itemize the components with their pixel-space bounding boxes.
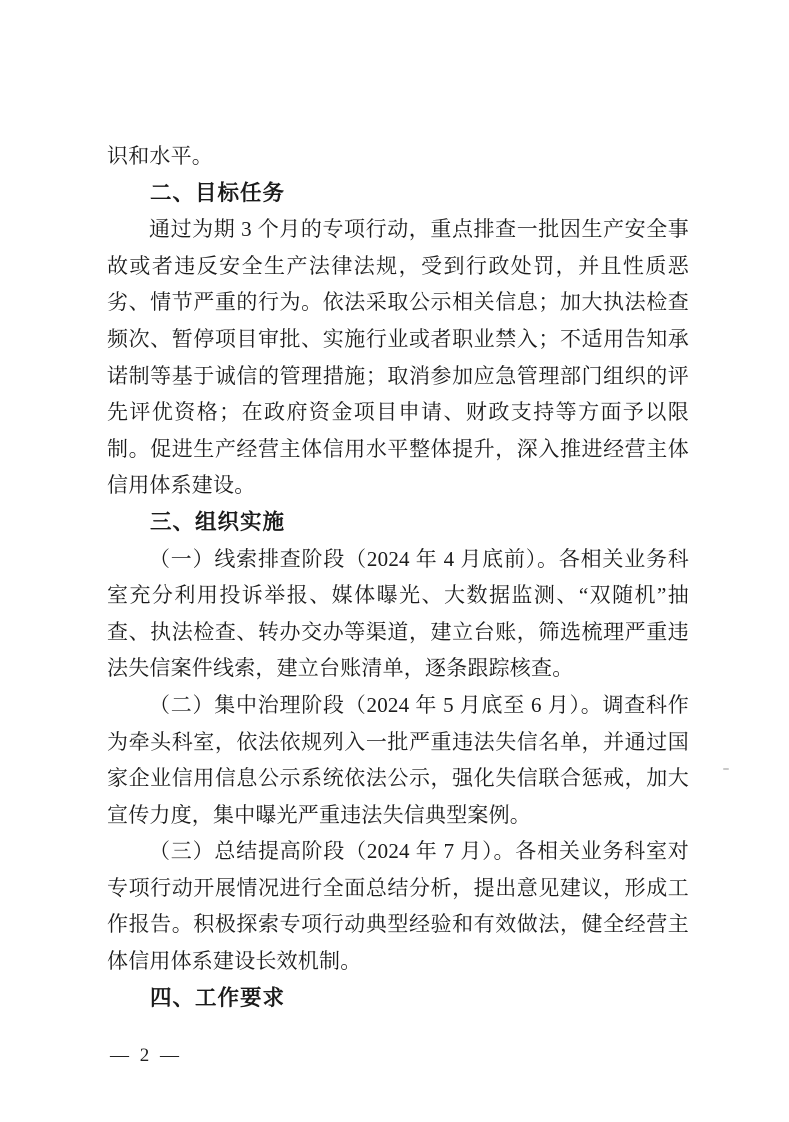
document-page: 识和水平。二、目标任务通过为期 3 个月的专项行动，重点排查一批因生产安全事故或… (0, 0, 789, 1122)
phase-title: （三）总结提高阶段（2024 年 7 月）。 (149, 839, 515, 863)
phase-title: （一）线索排查阶段（2024 年 4 月底前）。 (149, 547, 559, 571)
document-body: 识和水平。二、目标任务通过为期 3 个月的专项行动，重点排查一批因生产安全事故或… (107, 138, 689, 1016)
body-paragraph: 通过为期 3 个月的专项行动，重点排查一批因生产安全事故或者违反安全生产法律法规… (107, 211, 689, 504)
section-heading: 三、组织实施 (107, 504, 689, 541)
section-heading: 四、工作要求 (107, 980, 689, 1017)
body-paragraph: （二）集中治理阶段（2024 年 5 月底至 6 月）。调查科作为牵头科室，依法… (107, 687, 689, 833)
body-paragraph: （一）线索排查阶段（2024 年 4 月底前）。各相关业务科室充分利用投诉举报、… (107, 541, 689, 687)
scan-artifact (723, 768, 729, 770)
phase-title: （二）集中治理阶段（2024 年 5 月底至 6 月）。 (149, 693, 603, 717)
page-number: — 2 — (110, 1044, 182, 1068)
body-paragraph: （三）总结提高阶段（2024 年 7 月）。各相关业务科室对专项行动开展情况进行… (107, 833, 689, 979)
section-heading: 二、目标任务 (107, 175, 689, 212)
continuation-paragraph: 识和水平。 (107, 138, 689, 175)
